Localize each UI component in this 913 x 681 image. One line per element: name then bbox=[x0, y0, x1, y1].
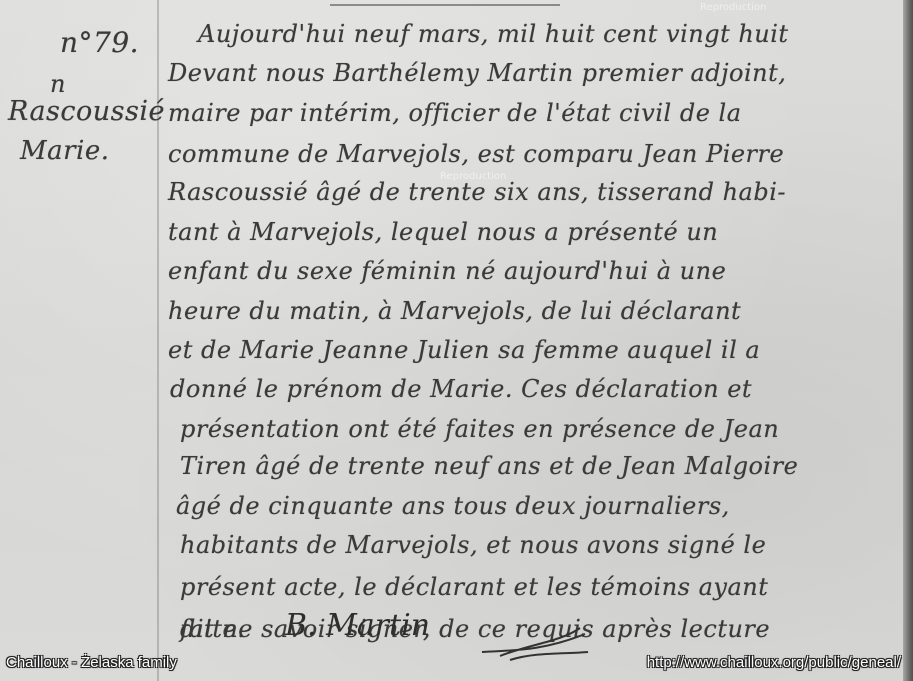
entry-line: Rascoussié âgé de trente six ans, tisser… bbox=[168, 178, 786, 206]
entry-number: n°79. bbox=[60, 26, 139, 59]
margin-note: n°79. n Rascoussié Marie. bbox=[0, 0, 155, 681]
source-url-caption: http://www.chailloux.org/public/geneal/ bbox=[647, 654, 901, 671]
entry-line: et de Marie Jeanne Julien sa femme auque… bbox=[168, 336, 760, 364]
entry-line: âgé de cinquante ans tous deux journalie… bbox=[176, 492, 730, 520]
entry-line: dit ne savoir signer, de ce requis après… bbox=[180, 615, 770, 643]
entry-line: Tiren âgé de trente neuf ans et de Jean … bbox=[180, 452, 798, 480]
margin-surname: Rascoussié bbox=[8, 96, 165, 127]
entry-line: habitants de Marvejols, et nous avons si… bbox=[180, 531, 766, 559]
entry-line: Devant nous Barthélemy Martin premier ad… bbox=[168, 59, 786, 87]
entry-line: présentation ont été faites en présence … bbox=[180, 415, 779, 443]
signature-flourish-icon bbox=[480, 622, 590, 662]
entry-line: enfant du sexe féminin né aujourd'hui à … bbox=[168, 257, 726, 285]
signature: B. Martin bbox=[285, 608, 430, 643]
register-entry-body: Aujourd'hui neuf mars, mil huit cent vin… bbox=[168, 0, 903, 640]
entry-line: faite. bbox=[180, 615, 245, 643]
entry-line: donné le prénom de Marie. Ces déclaratio… bbox=[170, 375, 752, 403]
entry-line: heure du matin, à Marvejols, de lui décl… bbox=[168, 297, 741, 325]
reproduction-watermark: Reproduction bbox=[700, 2, 766, 13]
entry-line: présent acte, le déclarant et les témoin… bbox=[180, 573, 768, 601]
margin-given-name: Marie. bbox=[20, 136, 110, 166]
entry-line: tant à Marvejols, lequel nous a présenté… bbox=[168, 218, 718, 246]
book-binding-edge bbox=[903, 0, 913, 681]
entry-line: maire par intérim, officier de l'état ci… bbox=[168, 99, 742, 127]
scanned-register-page: n°79. n Rascoussié Marie. Aujourd'hui ne… bbox=[0, 0, 913, 681]
entry-line: commune de Marvejols, est comparu Jean P… bbox=[168, 140, 784, 168]
entry-line: Aujourd'hui neuf mars, mil huit cent vin… bbox=[198, 20, 789, 48]
family-caption: Chailloux - Żelaska family bbox=[6, 654, 177, 671]
reproduction-watermark: Reproduction bbox=[440, 171, 506, 182]
margin-n-mark: n bbox=[50, 70, 66, 98]
